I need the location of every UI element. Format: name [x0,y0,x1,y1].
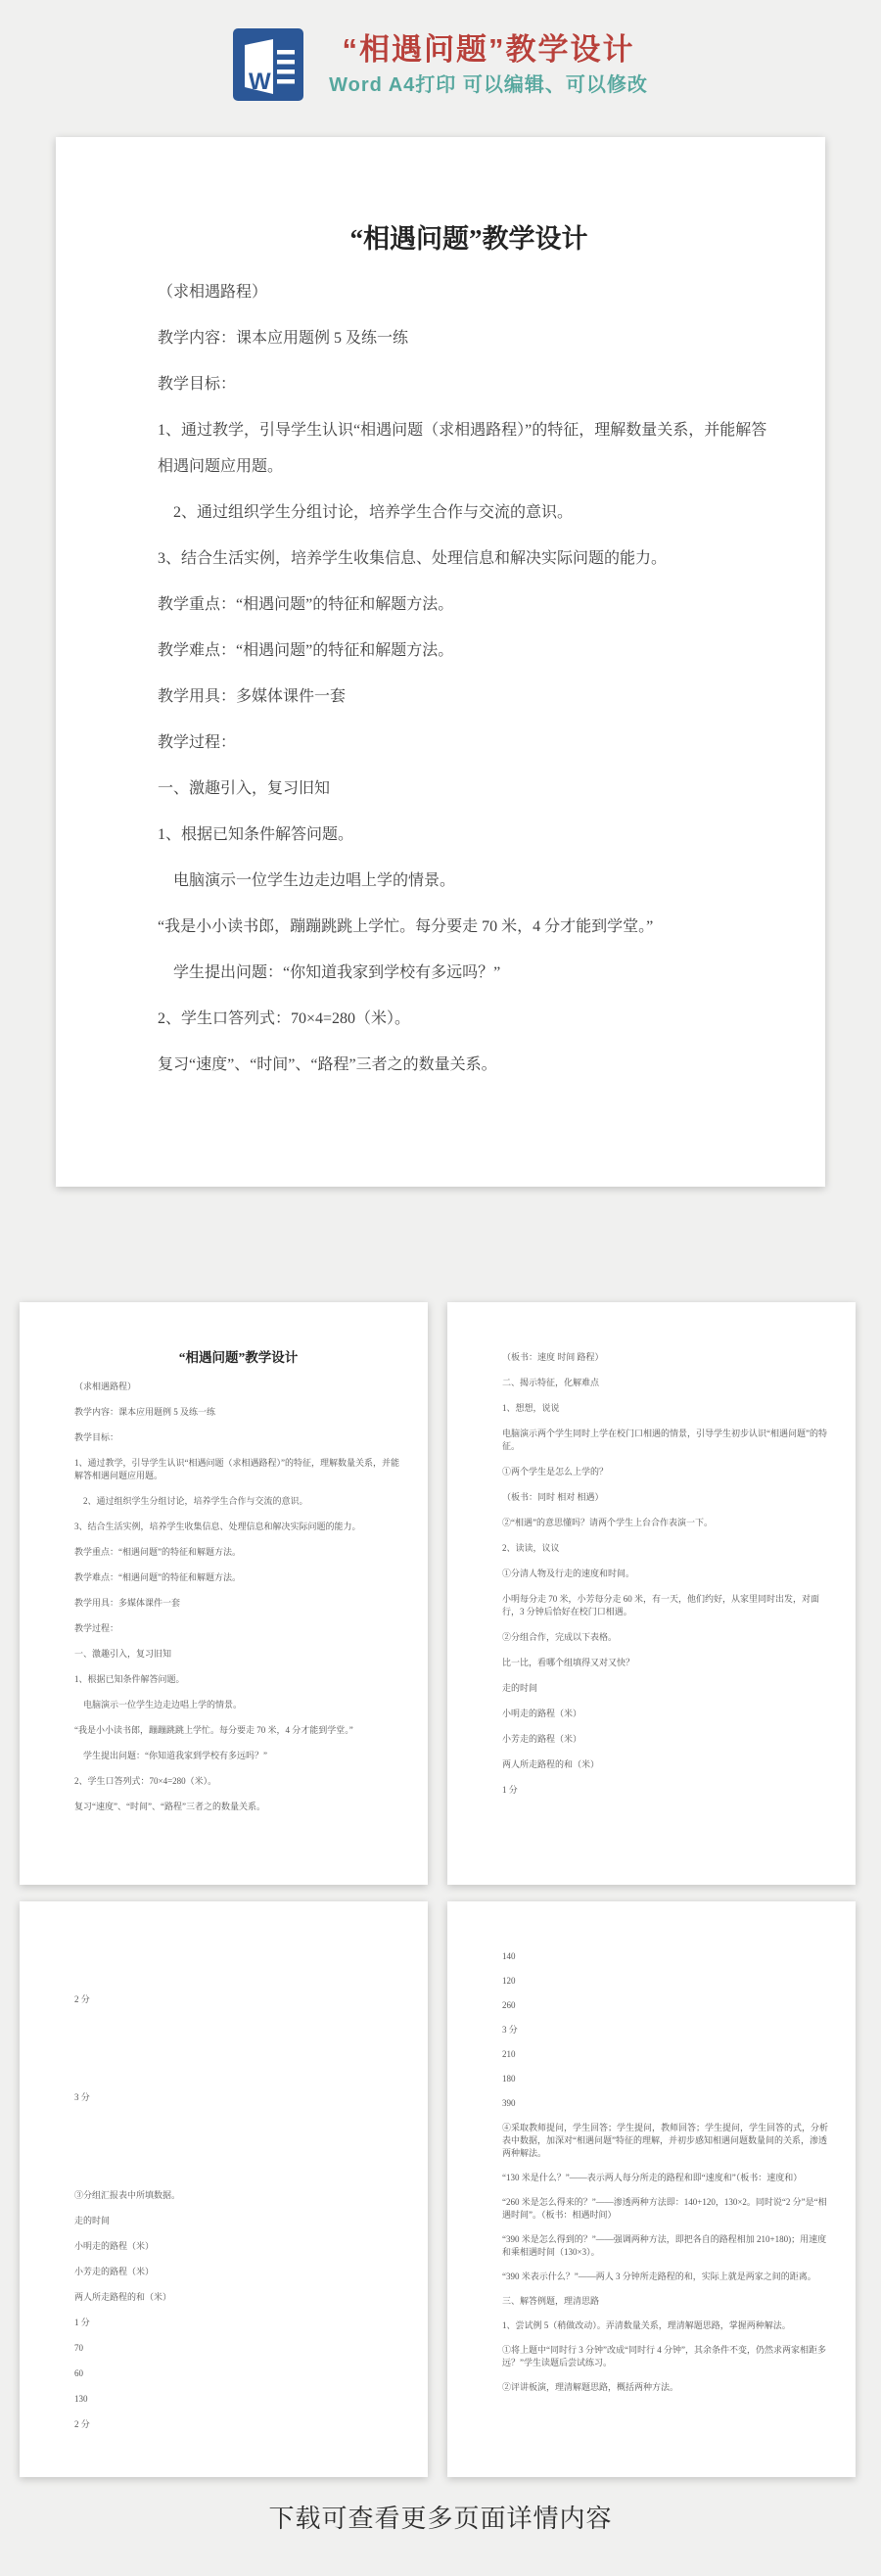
document-paragraph: 教学重点：“相遇问题”的特征和解题方法。 [158,586,780,623]
header-text: “相遇问题”教学设计 Word A4打印 可以编辑、可以修改 [329,33,648,96]
document-paragraph: 390 [502,2097,830,2110]
document-paragraph: 两人所走路程的和（米） [74,2291,402,2304]
document-paragraph: 2 分 [74,1993,402,2006]
document-paragraph: 教学重点：“相遇问题”的特征和解题方法。 [74,1546,402,1559]
document-paragraph: （板书：同时 相对 相遇） [502,1491,830,1504]
doc-body: （求相遇路程）教学内容：课本应用题例 5 及练一练教学目标：1、通过教学，引导学… [158,274,780,1083]
document-paragraph: 1、尝试例 5（稍做改动）。弄清数量关系，理清解题思路，掌握两种解法。 [502,2319,830,2332]
document-paragraph: “我是小小读书郎，蹦蹦跳跳上学忙。每分要走 70 米，4 分才能到学堂。” [74,1724,402,1737]
document-paragraph: ②评讲板演，理清解题思路，概括两种方法。 [502,2381,830,2394]
document-paragraph: “我是小小读书郎，蹦蹦跳跳上学忙。每分要走 70 米，4 分才能到学堂。” [158,909,780,945]
document-paragraph: 教学用具：多媒体课件一套 [74,1597,402,1610]
document-paragraph: 1 分 [74,2317,402,2329]
document-paragraph: 走的时间 [74,2215,402,2227]
document-paragraph: （板书：速度 时间 路程） [502,1351,830,1364]
thumbnail-page-1[interactable]: “相遇问题”教学设计 （求相遇路程）教学内容：课本应用题例 5 及练一练教学目标… [20,1302,428,1885]
document-paragraph: 1、根据已知条件解答问题。 [74,1673,402,1686]
document-paragraph: 2、通过组织学生分组讨论，培养学生合作与交流的意识。 [158,494,780,531]
document-paragraph: （求相遇路程） [158,274,780,310]
document-paragraph: ④采取教师提问，学生回答；学生提问，教师回答；学生提问，学生回答的式，分析表中数… [502,2122,830,2160]
document-paragraph: 140 [502,1950,830,1963]
thumbnail-page-3[interactable]: 2 分3 分③分组汇报表中所填数据。走的时间小明走的路程（米）小芳走的路程（米）… [20,1901,428,2477]
document-paragraph: 1 分 [502,1784,830,1797]
document-paragraph: 教学过程： [158,725,780,761]
doc-body: （求相遇路程）教学内容：课本应用题例 5 及练一练教学目标：1、通过教学，引导学… [74,1381,402,1813]
document-paragraph: 小明每分走 70 米，小芳每分走 60 米，有一天，他们约好，从家里同时出发，对… [502,1593,830,1618]
doc-body: （板书：速度 时间 路程）二、揭示特征，化解难点1、想想，说说电脑演示两个学生同… [502,1351,830,1797]
document-paragraph: 教学内容：课本应用题例 5 及练一练 [74,1406,402,1419]
document-paragraph: 2、学生口答列式：70×4=280（米）。 [74,1775,402,1788]
document-paragraph: 130 [74,2393,402,2406]
document-paragraph: 小明走的路程（米） [74,2240,402,2253]
site-header: W “相遇问题”教学设计 Word A4打印 可以编辑、可以修改 [0,0,881,129]
document-paragraph: （求相遇路程） [74,1381,402,1393]
document-paragraph: 电脑演示一位学生边走边唱上学的情景。 [74,1699,402,1711]
document-paragraph: 教学难点：“相遇问题”的特征和解题方法。 [74,1571,402,1584]
document-paragraph: 小芳走的路程（米） [74,2266,402,2278]
document-paragraph: 210 [502,2048,830,2061]
document-paragraph: 教学用具：多媒体课件一套 [158,679,780,715]
word-icon: W [233,28,303,101]
document-paragraph: 比一比，看哪个组填得又对又快？ [502,1657,830,1669]
document-paragraph: 1、通过教学，引导学生认识“相遇问题（求相遇路程）”的特征，理解数量关系，并能解… [158,412,780,485]
document-paragraph: 1、通过教学，引导学生认识“相遇问题（求相遇路程）”的特征，理解数量关系，并能解… [74,1457,402,1482]
document-paragraph: 教学内容：课本应用题例 5 及练一练 [158,320,780,356]
page-title: “相遇问题”教学设计 [342,33,634,67]
document-paragraph: 120 [502,1975,830,1988]
doc-body: 2 分3 分③分组汇报表中所填数据。走的时间小明走的路程（米）小芳走的路程（米）… [74,1993,402,2431]
document-paragraph: 一、激趣引入，复习旧知 [158,771,780,807]
page-subtitle: Word A4打印 可以编辑、可以修改 [329,74,648,96]
document-paragraph: “260 米是怎么得来的？”——渗透两种方法即：140+120，130×2。同时… [502,2196,830,2222]
document-paragraph: ①分清人物及行走的速度和时间。 [502,1568,830,1580]
document-page-main: “相遇问题”教学设计 （求相遇路程）教学内容：课本应用题例 5 及练一练教学目标… [56,137,825,1187]
document-paragraph: 电脑演示两个学生同时上学在校门口相遇的情景，引导学生初步认识“相遇问题”的特征。 [502,1428,830,1453]
document-paragraph: 教学目标： [74,1431,402,1444]
document-paragraph: ①两个学生是怎么上学的？ [502,1466,830,1478]
document-paragraph: 三、解答例题，理清思路 [502,2295,830,2308]
document-paragraph: ③分组汇报表中所填数据。 [74,2189,402,2202]
document-paragraph: 小明走的路程（米） [502,1708,830,1720]
document-paragraph: 2、学生口答列式：70×4=280（米）。 [158,1001,780,1037]
document-paragraph: 学生提出问题：“你知道我家到学校有多远吗？” [158,955,780,991]
document-paragraph: 1、想想，说说 [502,1402,830,1415]
thumbnail-page-4[interactable]: 1401202603 分210180390④采取教师提问，学生回答；学生提问，教… [447,1901,856,2477]
thumbnail-page-2[interactable]: （板书：速度 时间 路程）二、揭示特征，化解难点1、想想，说说电脑演示两个学生同… [447,1302,856,1885]
document-paragraph: 60 [74,2367,402,2380]
document-paragraph: 电脑演示一位学生边走边唱上学的情景。 [158,863,780,899]
document-paragraph: 180 [502,2073,830,2085]
document-paragraph: ②“相遇”的意思懂吗？请两个学生上台合作表演一下。 [502,1517,830,1529]
document-paragraph: 教学过程： [74,1622,402,1635]
document-paragraph: 3 分 [74,2091,402,2104]
document-paragraph: 3、结合生活实例，培养学生收集信息、处理信息和解决实际问题的能力。 [158,540,780,577]
doc-title: “相遇问题”教学设计 [74,1349,402,1367]
document-paragraph: 3 分 [502,2024,830,2037]
document-paragraph: 2 分 [74,2418,402,2431]
document-paragraph: 二、揭示特征，化解难点 [502,1377,830,1389]
svg-text:W: W [249,69,271,95]
document-paragraph: ②分组合作，完成以下表格。 [502,1631,830,1644]
document-paragraph: 一、激趣引入，复习旧知 [74,1648,402,1661]
doc-title: “相遇问题”教学设计 [158,219,780,258]
document-paragraph: ①将上题中“同时行 3 分钟”改成“同时行 4 分钟”，其余条件不变，仍然求两家… [502,2344,830,2369]
document-paragraph: “390 米是怎么得到的？”——强调两种方法，即把各自的路程相加 210+180… [502,2233,830,2259]
document-paragraph: 260 [502,1999,830,2012]
document-paragraph: 走的时间 [502,1682,830,1695]
document-paragraph: 学生提出问题：“你知道我家到学校有多远吗？” [74,1750,402,1762]
document-paragraph: “130 米是什么？”——表示两人每分所走的路程和即“速度和”（板书：速度和） [502,2172,830,2184]
document-paragraph: 2、通过组织学生分组讨论，培养学生合作与交流的意识。 [74,1495,402,1508]
document-paragraph: 3、结合生活实例，培养学生收集信息、处理信息和解决实际问题的能力。 [74,1521,402,1533]
document-paragraph: 两人所走路程的和（米） [502,1758,830,1771]
document-paragraph: 小芳走的路程（米） [502,1733,830,1746]
doc-body: 1401202603 分210180390④采取教师提问，学生回答；学生提问，教… [502,1950,830,2394]
document-paragraph: 教学目标： [158,366,780,402]
document-paragraph: 1、根据已知条件解答问题。 [158,817,780,853]
document-paragraph: “390 米表示什么？”——两人 3 分钟所走路程的和，实际上就是两家之间的距离… [502,2271,830,2283]
footer-caption: 下载可查看更多页面详情内容 [0,2499,881,2535]
document-paragraph: 复习“速度”、“时间”、“路程”三者之的数量关系。 [158,1047,780,1083]
document-paragraph: 教学难点：“相遇问题”的特征和解题方法。 [158,632,780,669]
document-paragraph: 复习“速度”、“时间”、“路程”三者之的数量关系。 [74,1801,402,1813]
document-paragraph: 2、读读，议议 [502,1542,830,1555]
document-paragraph: 70 [74,2342,402,2355]
